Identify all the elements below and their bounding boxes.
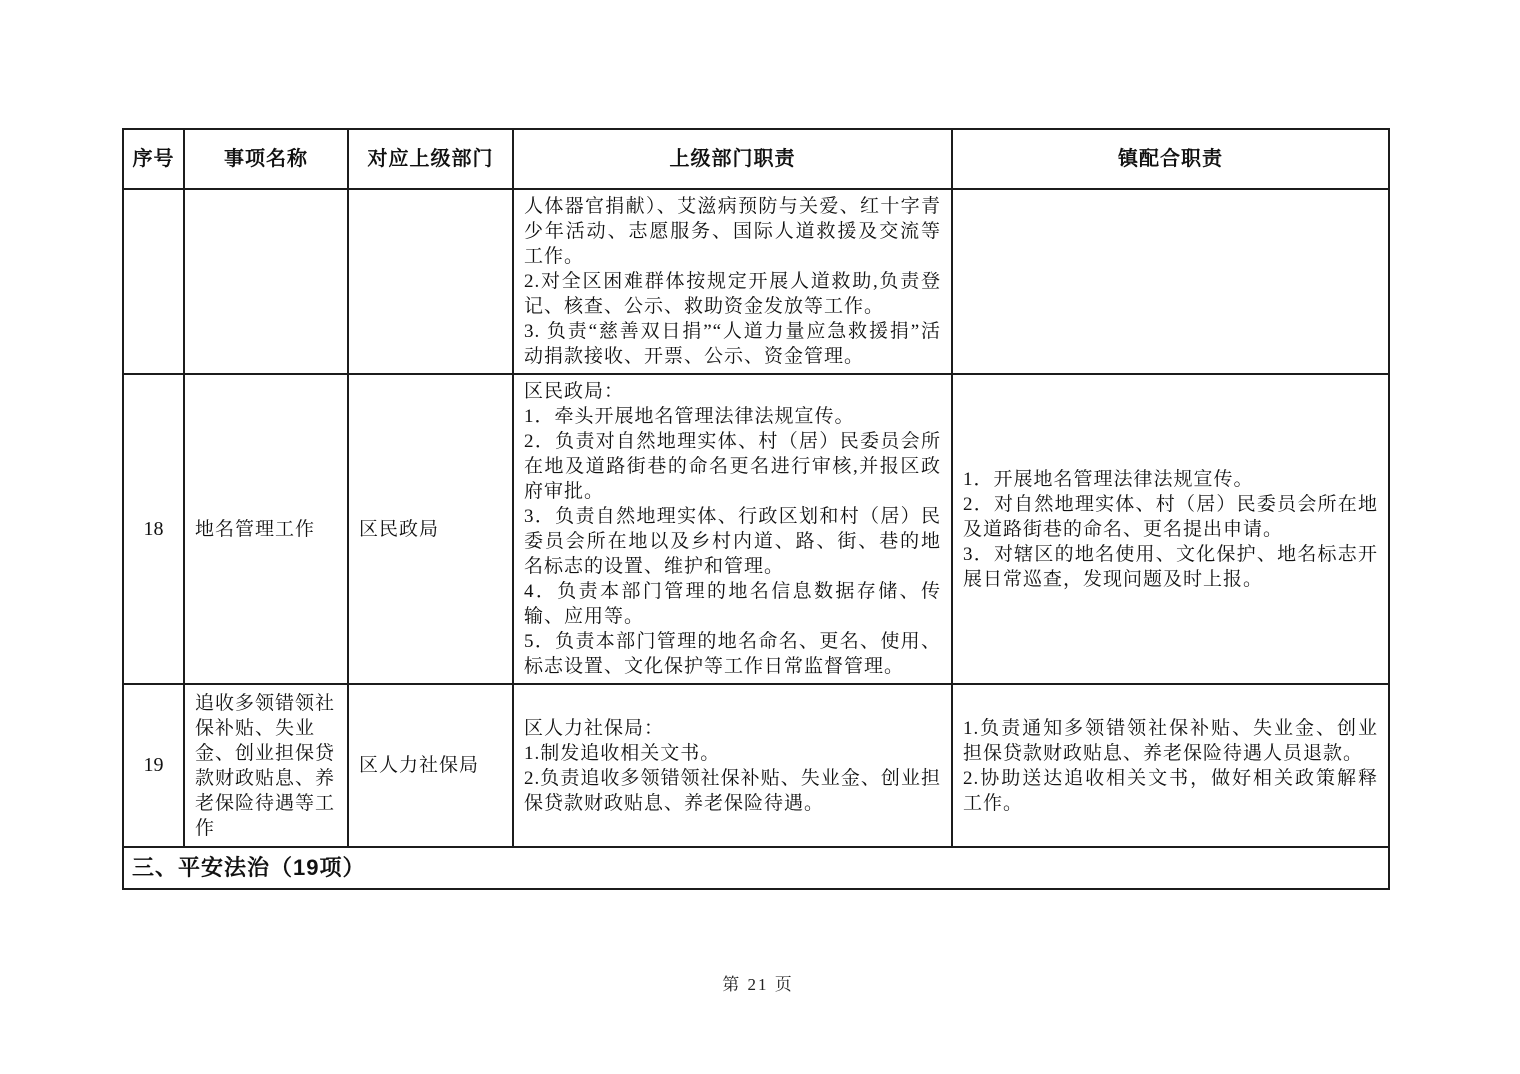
cell-seq: 19 — [123, 684, 184, 847]
duty-paragraph: 5．负责本部门管理的地名命名、更名、使用、标志设置、文化保护等工作日常监督管理。 — [524, 629, 941, 679]
responsibility-table: 序号 事项名称 对应上级部门 上级部门职责 镇配合职责 人体器官捐献）、艾滋病预… — [122, 128, 1390, 890]
cell-town-duties: 1.负责通知多领错领社保补贴、失业金、创业担保贷款财政贴息、养老保险待遇人员退款… — [952, 684, 1389, 847]
duty-paragraph: 2.负责追收多领错领社保补贴、失业金、创业担保贷款财政贴息、养老保险待遇。 — [524, 766, 941, 816]
duty-paragraph: 区人力社保局： — [524, 716, 941, 741]
duty-paragraph: 2.对全区困难群体按规定开展人道救助,负责登记、核查、公示、救助资金发放等工作。 — [524, 269, 941, 319]
document-page: 序号 事项名称 对应上级部门 上级部门职责 镇配合职责 人体器官捐献）、艾滋病预… — [0, 0, 1520, 1074]
duty-paragraph: 2．对自然地理实体、村（居）民委员会所在地及道路街巷的命名、更名提出申请。 — [963, 492, 1378, 542]
duty-paragraph: 人体器官捐献）、艾滋病预防与关爱、红十字青少年活动、志愿服务、国际人道救援及交流… — [524, 194, 941, 269]
cell-seq — [123, 189, 184, 374]
cell-superior-duties: 区民政局： 1．牵头开展地名管理法律法规宣传。 2．负责对自然地理实体、村（居）… — [513, 374, 952, 684]
table-row-continuation: 人体器官捐献）、艾滋病预防与关爱、红十字青少年活动、志愿服务、国际人道救援及交流… — [123, 189, 1389, 374]
cell-superior-duties: 区人力社保局： 1.制发追收相关文书。 2.负责追收多领错领社保补贴、失业金、创… — [513, 684, 952, 847]
duty-paragraph: 2．负责对自然地理实体、村（居）民委员会所在地及道路街巷的命名更名进行审核,并报… — [524, 429, 941, 504]
col-header-town-duties: 镇配合职责 — [952, 129, 1389, 189]
table-row-18: 18 地名管理工作 区民政局 区民政局： 1．牵头开展地名管理法律法规宣传。 2… — [123, 374, 1389, 684]
cell-department: 区民政局 — [348, 374, 513, 684]
duty-paragraph: 2.协助送达追收相关文书，做好相关政策解释工作。 — [963, 766, 1378, 816]
col-header-item-name: 事项名称 — [184, 129, 348, 189]
duty-paragraph: 1.制发追收相关文书。 — [524, 741, 941, 766]
cell-department — [348, 189, 513, 374]
cell-town-duties: 1．开展地名管理法律法规宣传。 2．对自然地理实体、村（居）民委员会所在地及道路… — [952, 374, 1389, 684]
table-row-19: 19 追收多领错领社保补贴、失业金、创业担保贷款财政贴息、养老保险待遇等工作 区… — [123, 684, 1389, 847]
cell-item-name — [184, 189, 348, 374]
cell-department: 区人力社保局 — [348, 684, 513, 847]
duty-paragraph: 1．牵头开展地名管理法律法规宣传。 — [524, 404, 941, 429]
duty-paragraph: 1．开展地名管理法律法规宣传。 — [963, 467, 1378, 492]
section-heading: 三、平安法治（19项） — [123, 847, 1389, 889]
cell-seq: 18 — [123, 374, 184, 684]
col-header-superior-duties: 上级部门职责 — [513, 129, 952, 189]
col-header-seq: 序号 — [123, 129, 184, 189]
duty-paragraph: 3．对辖区的地名使用、文化保护、地名标志开展日常巡查，发现问题及时上报。 — [963, 542, 1378, 592]
cell-item-name: 追收多领错领社保补贴、失业金、创业担保贷款财政贴息、养老保险待遇等工作 — [184, 684, 348, 847]
duty-paragraph: 1.负责通知多领错领社保补贴、失业金、创业担保贷款财政贴息、养老保险待遇人员退款… — [963, 716, 1378, 766]
section-heading-row: 三、平安法治（19项） — [123, 847, 1389, 889]
page-number: 第 21 页 — [0, 970, 1516, 995]
duty-paragraph: 4．负责本部门管理的地名信息数据存储、传输、应用等。 — [524, 579, 941, 629]
duty-paragraph: 3. 负责“慈善双日捐”“人道力量应急救援捐”活动捐款接收、开票、公示、资金管理… — [524, 319, 941, 369]
cell-item-name: 地名管理工作 — [184, 374, 348, 684]
col-header-superior-department: 对应上级部门 — [348, 129, 513, 189]
cell-town-duties — [952, 189, 1389, 374]
cell-superior-duties: 人体器官捐献）、艾滋病预防与关爱、红十字青少年活动、志愿服务、国际人道救援及交流… — [513, 189, 952, 374]
table-header-row: 序号 事项名称 对应上级部门 上级部门职责 镇配合职责 — [123, 129, 1389, 189]
duty-paragraph: 3．负责自然地理实体、行政区划和村（居）民委员会所在地以及乡村内道、路、街、巷的… — [524, 504, 941, 579]
duty-paragraph: 区民政局： — [524, 379, 941, 404]
